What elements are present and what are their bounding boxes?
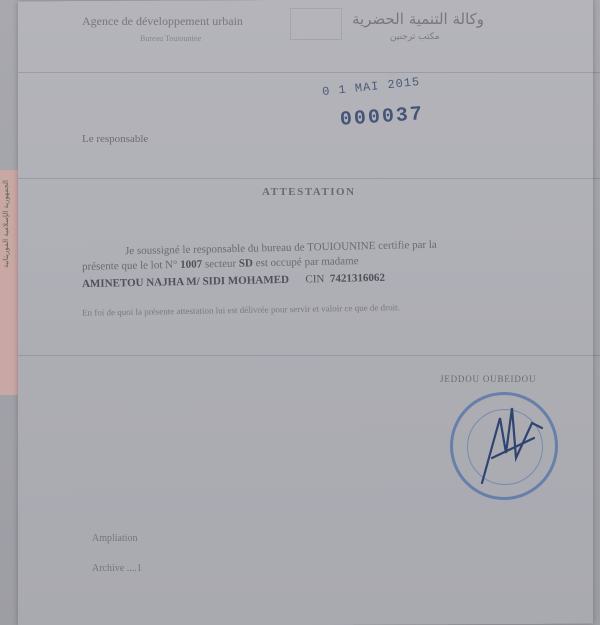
fold-line xyxy=(18,355,600,356)
place-name: TOUIOUNINE xyxy=(307,240,375,253)
fold-line xyxy=(18,72,600,73)
signer-name: JEDDOU OUBEIDOU xyxy=(440,374,536,384)
ampliation-label: Ampliation xyxy=(92,533,138,544)
body-text: présente que le lot N° xyxy=(82,259,180,273)
document-title: ATTESTATION xyxy=(262,186,356,198)
fold-line xyxy=(18,178,600,179)
side-strip-text: الجمهورية الإسلامية الموريتانية xyxy=(2,180,10,268)
cin-number: 7421316062 xyxy=(330,272,385,285)
side-document-strip: الجمهورية الإسلامية الموريتانية xyxy=(0,170,19,395)
header-french-subtitle: Bureau Touiounine xyxy=(140,34,201,43)
body-text: certifie par la xyxy=(375,239,437,252)
body-text: est occupé par madame xyxy=(253,255,359,269)
lot-number: 1007 xyxy=(180,258,202,270)
header-french-title: Agence de développement urbain xyxy=(82,14,243,29)
cin-label: CIN xyxy=(305,273,324,285)
header-arabic-title: وكالة التنمية الحضرية xyxy=(352,10,484,28)
sector-code: SD xyxy=(239,257,253,269)
body-text: secteur xyxy=(202,258,239,271)
header-arabic-subtitle: مكتب ترجنين xyxy=(390,32,440,42)
agency-logo-icon xyxy=(290,8,342,40)
archive-label: Archive ....1 xyxy=(92,563,142,574)
signature-icon xyxy=(472,398,552,488)
responsable-label: Le responsable xyxy=(82,133,148,145)
